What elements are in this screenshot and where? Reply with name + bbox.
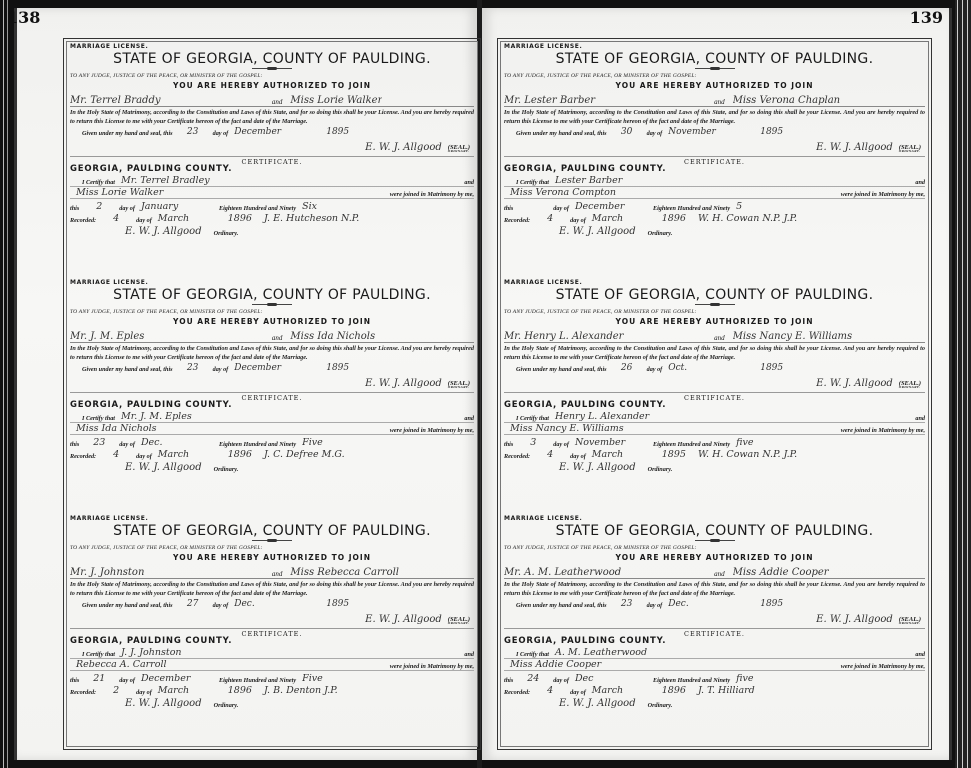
state-title: STATE OF GEORGIA, COUNTY OF PAULDING. bbox=[70, 287, 474, 303]
recorded-label: Recorded: bbox=[504, 453, 530, 460]
eighteen-label: Eighteen Hundred and Ninety bbox=[653, 205, 730, 212]
cert-bride-name: Miss Addie Cooper bbox=[510, 659, 601, 670]
cert-day: 24 bbox=[519, 673, 547, 684]
certify-groom-line: I Certify that J. J. Johnston and bbox=[70, 646, 474, 659]
ordinary-signature-line: E. W. J. Allgood (SEAL.)ORDINARY. bbox=[504, 137, 925, 153]
marriage-date-line: this 24 day of Dec Eighteen Hundred and … bbox=[504, 671, 925, 684]
this-label: this bbox=[70, 677, 79, 684]
marriage-record: MARRIAGE LICENSE. STATE OF GEORGIA, COUN… bbox=[70, 43, 474, 279]
license-year: 1895 bbox=[760, 363, 783, 373]
groom-name: Mr. A. M. Leatherwood bbox=[504, 567, 706, 578]
recorded-label: Recorded: bbox=[504, 689, 530, 696]
marriage-record: MARRIAGE LICENSE. STATE OF GEORGIA, COUN… bbox=[70, 279, 474, 515]
and-label: and bbox=[464, 651, 474, 658]
ordinary-signature-line: E. W. J. Allgood (SEAL.)ORDINARY. bbox=[504, 609, 925, 625]
page-number: 139 bbox=[910, 8, 943, 27]
state-title: STATE OF GEORGIA, COUNTY OF PAULDING. bbox=[70, 51, 474, 67]
ordinary-label: Ordinary. bbox=[648, 466, 673, 473]
recorded-line: Recorded: 4 day of March 1896 J. T. Hill… bbox=[504, 684, 925, 697]
certify-label: I Certify that bbox=[516, 651, 549, 658]
eighteen-label: Eighteen Hundred and Ninety bbox=[219, 205, 296, 212]
authorized-heading: YOU ARE HEREBY AUTHORIZED TO JOIN bbox=[70, 81, 474, 90]
license-day: 23 bbox=[179, 363, 207, 373]
cert-month: November bbox=[575, 437, 647, 448]
addressee-line: TO ANY JUDGE, JUSTICE OF THE PEACE, OR M… bbox=[70, 73, 474, 79]
state-title: STATE OF GEORGIA, COUNTY OF PAULDING. bbox=[504, 523, 925, 539]
license-year: 1895 bbox=[326, 599, 349, 609]
license-year: 1895 bbox=[326, 127, 349, 137]
license-day: 23 bbox=[613, 599, 641, 609]
day-of-label: day of bbox=[136, 453, 152, 460]
certify-label: I Certify that bbox=[82, 651, 115, 658]
certify-groom-line: I Certify that Lester Barber and bbox=[504, 174, 925, 187]
recorded-day: 4 bbox=[536, 449, 564, 460]
groom-name: Mr. Terrel Braddy bbox=[70, 95, 264, 106]
ordinary-signature: E. W. J. Allgood bbox=[816, 378, 893, 389]
and-label: and bbox=[915, 651, 925, 658]
and-label: and bbox=[915, 179, 925, 186]
recorded-line: Recorded: 4 day of March 1895 W. H. Cowa… bbox=[504, 448, 925, 461]
ordinary-small-label: ORDINARY. bbox=[899, 621, 921, 625]
recorded-label: Recorded: bbox=[70, 217, 96, 224]
recorded-ordinary-line: E. W. J. Allgood Ordinary. bbox=[70, 224, 474, 237]
recorded-ordinary-line: E. W. J. Allgood Ordinary. bbox=[504, 224, 925, 237]
ordinary-signature-line: E. W. J. Allgood (SEAL.)ORDINARY. bbox=[70, 609, 474, 625]
cert-day: 3 bbox=[519, 437, 547, 448]
state-title: STATE OF GEORGIA, COUNTY OF PAULDING. bbox=[504, 51, 925, 67]
recorded-year: 1896 bbox=[228, 685, 252, 696]
and-label: and bbox=[272, 334, 283, 342]
this-label: this bbox=[70, 441, 79, 448]
ornament-divider bbox=[695, 540, 735, 542]
recorded-month: March bbox=[158, 685, 216, 696]
bride-name: Miss Nancy E. Williams bbox=[733, 331, 853, 342]
license-year: 1895 bbox=[760, 599, 783, 609]
addressee-line: TO ANY JUDGE, JUSTICE OF THE PEACE, OR M… bbox=[70, 309, 474, 315]
recorded-ordinary-line: E. W. J. Allgood Ordinary. bbox=[70, 460, 474, 473]
addressee-line: TO ANY JUDGE, JUSTICE OF THE PEACE, OR M… bbox=[504, 309, 925, 315]
cert-bride-name: Miss Lorie Walker bbox=[76, 187, 163, 198]
bride-name: Miss Rebecca Carroll bbox=[290, 567, 399, 578]
recorded-year: 1896 bbox=[662, 685, 686, 696]
day-of-label: day of bbox=[136, 689, 152, 696]
page-number: 138 bbox=[7, 8, 40, 27]
recorded-ordinary-signature: E. W. J. Allgood bbox=[559, 698, 636, 709]
ordinary-small-label: ORDINARY. bbox=[899, 385, 921, 389]
page-frame: MARRIAGE LICENSE. STATE OF GEORGIA, COUN… bbox=[497, 38, 932, 750]
and-label: and bbox=[464, 179, 474, 186]
day-of-label: day of bbox=[570, 689, 586, 696]
marriage-record: MARRIAGE LICENSE. STATE OF GEORGIA, COUN… bbox=[504, 515, 925, 751]
certify-label: I Certify that bbox=[82, 415, 115, 422]
section-divider bbox=[70, 628, 474, 629]
groom-name: Mr. Lester Barber bbox=[504, 95, 706, 106]
recorded-label: Recorded: bbox=[70, 453, 96, 460]
day-of-label: day of bbox=[553, 677, 569, 684]
ordinary-small-label: ORDINARY. bbox=[448, 385, 470, 389]
authorized-heading: YOU ARE HEREBY AUTHORIZED TO JOIN bbox=[70, 317, 474, 326]
day-of-label: day of bbox=[119, 677, 135, 684]
certify-bride-line: Miss Nancy E. Williams were joined in Ma… bbox=[504, 423, 925, 436]
recorded-year: 1895 bbox=[662, 449, 686, 460]
ordinary-label: Ordinary. bbox=[648, 230, 673, 237]
cert-groom-name: J. J. Johnston bbox=[121, 647, 182, 658]
marriage-license-label: MARRIAGE LICENSE. bbox=[504, 279, 925, 286]
cert-year-suffix: five bbox=[736, 673, 753, 684]
ornament-divider bbox=[252, 304, 292, 306]
section-divider bbox=[504, 392, 925, 393]
day-of-label: day of bbox=[213, 366, 229, 373]
and-label: and bbox=[714, 334, 725, 342]
cert-month: December bbox=[575, 201, 647, 212]
recorded-ordinary-signature: E. W. J. Allgood bbox=[125, 698, 202, 709]
recorded-year: 1896 bbox=[228, 213, 252, 224]
section-divider bbox=[70, 156, 474, 157]
ordinary-label: Ordinary. bbox=[214, 702, 239, 709]
recorded-ordinary-line: E. W. J. Allgood Ordinary. bbox=[70, 696, 474, 709]
ledger-book-spread: 138 MARRIAGE LICENSE. STATE OF GEORGIA, … bbox=[0, 0, 971, 768]
ordinary-signature: E. W. J. Allgood bbox=[816, 142, 893, 153]
and-label: and bbox=[714, 98, 725, 106]
day-of-label: day of bbox=[570, 217, 586, 224]
this-label: this bbox=[504, 205, 513, 212]
certify-label: I Certify that bbox=[516, 415, 549, 422]
recorded-day: 4 bbox=[102, 213, 130, 224]
cert-day: 23 bbox=[85, 437, 113, 448]
section-divider bbox=[70, 392, 474, 393]
joined-label: were joined in Matrimony by me, bbox=[390, 663, 474, 670]
recorded-line: Recorded: 2 day of March 1896 J. B. Dent… bbox=[70, 684, 474, 697]
certify-bride-line: Miss Verona Compton were joined in Matri… bbox=[504, 187, 925, 200]
joined-label: were joined in Matrimony by me, bbox=[841, 663, 925, 670]
couple-line: Mr. Terrel Braddy and Miss Lorie Walker bbox=[70, 93, 474, 107]
marriage-date-line: this 3 day of November Eighteen Hundred … bbox=[504, 435, 925, 448]
recorded-month: March bbox=[592, 213, 650, 224]
groom-name: Mr. J. Johnston bbox=[70, 567, 264, 578]
license-year: 1895 bbox=[760, 127, 783, 137]
marriage-record: MARRIAGE LICENSE. STATE OF GEORGIA, COUN… bbox=[504, 43, 925, 279]
and-label: and bbox=[915, 415, 925, 422]
bride-name: Miss Verona Chaplan bbox=[733, 95, 841, 106]
license-month: Dec. bbox=[234, 599, 314, 609]
license-date-line: Given under my hand and seal, this 23 da… bbox=[70, 126, 474, 137]
ordinary-signature-line: E. W. J. Allgood (SEAL.)ORDINARY. bbox=[504, 373, 925, 389]
license-date-line: Given under my hand and seal, this 23 da… bbox=[504, 598, 925, 609]
officiant-signature: J. T. Hilliard bbox=[698, 685, 755, 696]
marriage-license-label: MARRIAGE LICENSE. bbox=[70, 43, 474, 50]
cert-day: 21 bbox=[85, 673, 113, 684]
license-date-line: Given under my hand and seal, this 23 da… bbox=[70, 362, 474, 373]
cert-groom-name: Henry L. Alexander bbox=[555, 411, 649, 422]
recorded-ordinary-signature: E. W. J. Allgood bbox=[559, 462, 636, 473]
certify-groom-line: I Certify that Mr. Terrel Bradley and bbox=[70, 174, 474, 187]
authorized-heading: YOU ARE HEREBY AUTHORIZED TO JOIN bbox=[504, 553, 925, 562]
seal-label: (SEAL.)ORDINARY. bbox=[899, 380, 921, 389]
recorded-day: 4 bbox=[536, 213, 564, 224]
given-label: Given under my hand and seal, this bbox=[516, 602, 607, 609]
cert-month: January bbox=[141, 201, 213, 212]
eighteen-label: Eighteen Hundred and Ninety bbox=[219, 441, 296, 448]
recorded-year: 1896 bbox=[228, 449, 252, 460]
given-label: Given under my hand and seal, this bbox=[516, 130, 607, 137]
license-day: 23 bbox=[179, 127, 207, 137]
license-year: 1895 bbox=[326, 363, 349, 373]
ledger-page-right: 139 MARRIAGE LICENSE. STATE OF GEORGIA, … bbox=[482, 8, 952, 760]
day-of-label: day of bbox=[119, 205, 135, 212]
day-of-label: day of bbox=[647, 130, 663, 137]
ordinary-small-label: ORDINARY. bbox=[448, 621, 470, 625]
day-of-label: day of bbox=[647, 602, 663, 609]
joined-label: were joined in Matrimony by me, bbox=[390, 427, 474, 434]
license-body-text: In the Holy State of Matrimony, accordin… bbox=[504, 109, 925, 126]
marriage-license-label: MARRIAGE LICENSE. bbox=[504, 43, 925, 50]
recorded-ordinary-signature: E. W. J. Allgood bbox=[125, 462, 202, 473]
this-label: this bbox=[70, 205, 79, 212]
officiant-signature: W. H. Cowan N.P. J.P. bbox=[698, 449, 797, 460]
certify-bride-line: Miss Addie Cooper were joined in Matrimo… bbox=[504, 659, 925, 672]
this-label: this bbox=[504, 441, 513, 448]
license-month: December bbox=[234, 127, 314, 137]
couple-line: Mr. Henry L. Alexander and Miss Nancy E.… bbox=[504, 329, 925, 343]
ordinary-signature: E. W. J. Allgood bbox=[365, 142, 442, 153]
cert-month: December bbox=[141, 673, 213, 684]
cert-bride-name: Miss Nancy E. Williams bbox=[510, 423, 624, 434]
certify-bride-line: Miss Ida Nichols were joined in Matrimon… bbox=[70, 423, 474, 436]
recorded-ordinary-signature: E. W. J. Allgood bbox=[125, 226, 202, 237]
ornament-divider bbox=[252, 68, 292, 70]
ordinary-signature: E. W. J. Allgood bbox=[816, 614, 893, 625]
recorded-ordinary-signature: E. W. J. Allgood bbox=[559, 226, 636, 237]
ledger-page-left: 138 MARRIAGE LICENSE. STATE OF GEORGIA, … bbox=[14, 8, 477, 760]
state-title: STATE OF GEORGIA, COUNTY OF PAULDING. bbox=[70, 523, 474, 539]
groom-name: Mr. J. M. Eples bbox=[70, 331, 264, 342]
bride-name: Miss Lorie Walker bbox=[290, 95, 382, 106]
day-of-label: day of bbox=[119, 441, 135, 448]
ornament-divider bbox=[695, 304, 735, 306]
cert-year-suffix: Six bbox=[302, 201, 317, 212]
given-label: Given under my hand and seal, this bbox=[82, 130, 173, 137]
ordinary-signature-line: E. W. J. Allgood (SEAL.)ORDINARY. bbox=[70, 137, 474, 153]
couple-line: Mr. J. M. Eples and Miss Ida Nichols bbox=[70, 329, 474, 343]
seal-label: (SEAL.)ORDINARY. bbox=[448, 144, 470, 153]
cert-groom-name: A. M. Leatherwood bbox=[555, 647, 647, 658]
eighteen-label: Eighteen Hundred and Ninety bbox=[219, 677, 296, 684]
day-of-label: day of bbox=[647, 366, 663, 373]
license-body-text: In the Holy State of Matrimony, accordin… bbox=[504, 345, 925, 362]
certify-label: I Certify that bbox=[516, 179, 549, 186]
eighteen-label: Eighteen Hundred and Ninety bbox=[653, 441, 730, 448]
recorded-line: Recorded: 4 day of March 1896 W. H. Cowa… bbox=[504, 212, 925, 225]
groom-name: Mr. Henry L. Alexander bbox=[504, 331, 706, 342]
recorded-month: March bbox=[158, 213, 216, 224]
seal-label: (SEAL.)ORDINARY. bbox=[448, 616, 470, 625]
recorded-day: 4 bbox=[536, 685, 564, 696]
book-right-edge bbox=[955, 0, 971, 768]
officiant-signature: W. H. Cowan N.P. J.P. bbox=[698, 213, 797, 224]
marriage-record: MARRIAGE LICENSE. STATE OF GEORGIA, COUN… bbox=[70, 515, 474, 751]
cert-year-suffix: five bbox=[736, 437, 753, 448]
recorded-month: March bbox=[592, 449, 650, 460]
authorized-heading: YOU ARE HEREBY AUTHORIZED TO JOIN bbox=[504, 81, 925, 90]
authorized-heading: YOU ARE HEREBY AUTHORIZED TO JOIN bbox=[70, 553, 474, 562]
joined-label: were joined in Matrimony by me, bbox=[390, 191, 474, 198]
recorded-day: 2 bbox=[102, 685, 130, 696]
license-month: Dec. bbox=[668, 599, 748, 609]
recorded-year: 1896 bbox=[662, 213, 686, 224]
given-label: Given under my hand and seal, this bbox=[82, 602, 173, 609]
joined-label: were joined in Matrimony by me, bbox=[841, 191, 925, 198]
couple-line: Mr. J. Johnston and Miss Rebecca Carroll bbox=[70, 565, 474, 579]
license-day: 30 bbox=[613, 127, 641, 137]
state-title: STATE OF GEORGIA, COUNTY OF PAULDING. bbox=[504, 287, 925, 303]
marriage-license-label: MARRIAGE LICENSE. bbox=[70, 279, 474, 286]
bride-name: Miss Addie Cooper bbox=[733, 567, 829, 578]
license-body-text: In the Holy State of Matrimony, accordin… bbox=[70, 109, 474, 126]
officiant-signature: J. E. Hutcheson N.P. bbox=[264, 213, 359, 224]
cert-month: Dec. bbox=[141, 437, 213, 448]
license-day: 26 bbox=[613, 363, 641, 373]
cert-day: 2 bbox=[85, 201, 113, 212]
cert-groom-name: Lester Barber bbox=[555, 175, 622, 186]
ornament-divider bbox=[252, 540, 292, 542]
and-label: and bbox=[272, 98, 283, 106]
day-of-label: day of bbox=[570, 453, 586, 460]
cert-groom-name: Mr. Terrel Bradley bbox=[121, 175, 210, 186]
certify-bride-line: Miss Lorie Walker were joined in Matrimo… bbox=[70, 187, 474, 200]
addressee-line: TO ANY JUDGE, JUSTICE OF THE PEACE, OR M… bbox=[504, 545, 925, 551]
recorded-label: Recorded: bbox=[70, 689, 96, 696]
eighteen-label: Eighteen Hundred and Ninety bbox=[653, 677, 730, 684]
this-label: this bbox=[504, 677, 513, 684]
day-of-label: day of bbox=[553, 205, 569, 212]
marriage-date-line: this 2 day of January Eighteen Hundred a… bbox=[70, 199, 474, 212]
recorded-line: Recorded: 4 day of March 1896 J. E. Hutc… bbox=[70, 212, 474, 225]
marriage-license-label: MARRIAGE LICENSE. bbox=[70, 515, 474, 522]
certify-groom-line: I Certify that A. M. Leatherwood and bbox=[504, 646, 925, 659]
and-label: and bbox=[714, 570, 725, 578]
license-body-text: In the Holy State of Matrimony, accordin… bbox=[70, 581, 474, 598]
license-body-text: In the Holy State of Matrimony, accordin… bbox=[70, 345, 474, 362]
cert-bride-name: Miss Ida Nichols bbox=[76, 423, 156, 434]
joined-label: were joined in Matrimony by me, bbox=[841, 427, 925, 434]
given-label: Given under my hand and seal, this bbox=[82, 366, 173, 373]
marriage-date-line: this 21 day of December Eighteen Hundred… bbox=[70, 671, 474, 684]
license-day: 27 bbox=[179, 599, 207, 609]
marriage-date-line: this day of December Eighteen Hundred an… bbox=[504, 199, 925, 212]
day-of-label: day of bbox=[136, 217, 152, 224]
given-label: Given under my hand and seal, this bbox=[516, 366, 607, 373]
marriage-record: MARRIAGE LICENSE. STATE OF GEORGIA, COUN… bbox=[504, 279, 925, 515]
certify-bride-line: Rebecca A. Carroll were joined in Matrim… bbox=[70, 659, 474, 672]
ordinary-small-label: ORDINARY. bbox=[448, 149, 470, 153]
book-left-edge bbox=[0, 0, 14, 768]
recorded-ordinary-line: E. W. J. Allgood Ordinary. bbox=[504, 696, 925, 709]
recorded-day: 4 bbox=[102, 449, 130, 460]
cert-year-suffix: 5 bbox=[736, 201, 742, 212]
license-month: Oct. bbox=[668, 363, 748, 373]
section-divider bbox=[504, 628, 925, 629]
recorded-month: March bbox=[592, 685, 650, 696]
certify-groom-line: I Certify that Mr. J. M. Eples and bbox=[70, 410, 474, 423]
page-frame: MARRIAGE LICENSE. STATE OF GEORGIA, COUN… bbox=[63, 38, 481, 750]
officiant-signature: J. C. Defree M.G. bbox=[264, 449, 345, 460]
recorded-label: Recorded: bbox=[504, 217, 530, 224]
license-date-line: Given under my hand and seal, this 27 da… bbox=[70, 598, 474, 609]
license-date-line: Given under my hand and seal, this 26 da… bbox=[504, 362, 925, 373]
addressee-line: TO ANY JUDGE, JUSTICE OF THE PEACE, OR M… bbox=[504, 73, 925, 79]
license-date-line: Given under my hand and seal, this 30 da… bbox=[504, 126, 925, 137]
day-of-label: day of bbox=[553, 441, 569, 448]
ordinary-small-label: ORDINARY. bbox=[899, 149, 921, 153]
couple-line: Mr. Lester Barber and Miss Verona Chapla… bbox=[504, 93, 925, 107]
ordinary-signature: E. W. J. Allgood bbox=[365, 378, 442, 389]
officiant-signature: J. B. Denton J.P. bbox=[264, 685, 338, 696]
day-of-label: day of bbox=[213, 130, 229, 137]
ordinary-label: Ordinary. bbox=[214, 230, 239, 237]
ordinary-signature-line: E. W. J. Allgood (SEAL.)ORDINARY. bbox=[70, 373, 474, 389]
license-month: November bbox=[668, 127, 748, 137]
license-month: December bbox=[234, 363, 314, 373]
cert-bride-name: Rebecca A. Carroll bbox=[76, 659, 167, 670]
section-divider bbox=[504, 156, 925, 157]
seal-label: (SEAL.)ORDINARY. bbox=[899, 144, 921, 153]
recorded-month: March bbox=[158, 449, 216, 460]
ordinary-signature: E. W. J. Allgood bbox=[365, 614, 442, 625]
marriage-date-line: this 23 day of Dec. Eighteen Hundred and… bbox=[70, 435, 474, 448]
seal-label: (SEAL.)ORDINARY. bbox=[899, 616, 921, 625]
and-label: and bbox=[464, 415, 474, 422]
ordinary-label: Ordinary. bbox=[214, 466, 239, 473]
cert-year-suffix: Five bbox=[302, 673, 323, 684]
bride-name: Miss Ida Nichols bbox=[290, 331, 375, 342]
recorded-line: Recorded: 4 day of March 1896 J. C. Defr… bbox=[70, 448, 474, 461]
addressee-line: TO ANY JUDGE, JUSTICE OF THE PEACE, OR M… bbox=[70, 545, 474, 551]
couple-line: Mr. A. M. Leatherwood and Miss Addie Coo… bbox=[504, 565, 925, 579]
ornament-divider bbox=[695, 68, 735, 70]
certify-groom-line: I Certify that Henry L. Alexander and bbox=[504, 410, 925, 423]
certify-label: I Certify that bbox=[82, 179, 115, 186]
cert-groom-name: Mr. J. M. Eples bbox=[121, 411, 192, 422]
seal-label: (SEAL.)ORDINARY. bbox=[448, 380, 470, 389]
ordinary-label: Ordinary. bbox=[648, 702, 673, 709]
license-body-text: In the Holy State of Matrimony, accordin… bbox=[504, 581, 925, 598]
authorized-heading: YOU ARE HEREBY AUTHORIZED TO JOIN bbox=[504, 317, 925, 326]
recorded-ordinary-line: E. W. J. Allgood Ordinary. bbox=[504, 460, 925, 473]
day-of-label: day of bbox=[213, 602, 229, 609]
and-label: and bbox=[272, 570, 283, 578]
marriage-license-label: MARRIAGE LICENSE. bbox=[504, 515, 925, 522]
cert-bride-name: Miss Verona Compton bbox=[510, 187, 616, 198]
cert-year-suffix: Five bbox=[302, 437, 323, 448]
cert-month: Dec bbox=[575, 673, 647, 684]
